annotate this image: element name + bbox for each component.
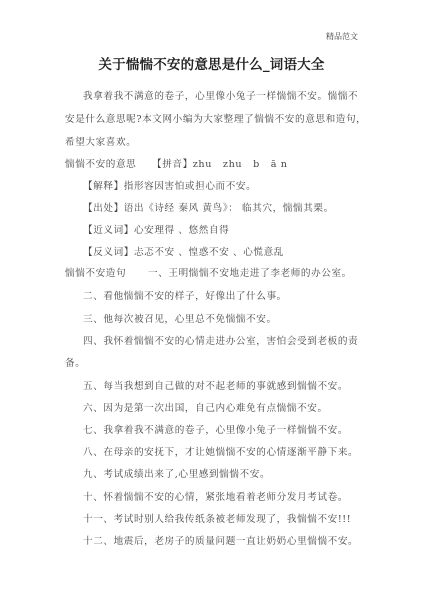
intro-line: 我拿着我不满意的卷子，心里像小兔子一样惴惴不安。惴惴不 [83, 88, 358, 102]
synonyms: 【近义词】心安理得 、悠然自得 [83, 222, 229, 236]
intro-line: 安是什么意思呢?本文网小编为大家整理了惴惴不安的意思和造句， [65, 111, 366, 125]
meaning-heading: 惴惴不安的意思 [65, 156, 136, 170]
sentence-item: 九、考试成绩出来了,心里感到惴惴不安。 [83, 466, 270, 480]
sentence-item: 七、我拿着我不满意的卷子，心里像小兔子一样惴惴不安。 [83, 422, 348, 436]
sentence-item: 十二、地震后，老房子的质量问题一直让奶奶心里惴惴不安。 [83, 533, 358, 547]
source: 【出处】语出《诗经 秦风 黄鸟》： 临其穴，惴惴其栗。 [83, 200, 334, 214]
sentence-item: 四、我怀着惴惴不安的心情走进办公室，害怕会受到老板的责 [83, 333, 358, 347]
intro-line: 希望大家喜欢。 [65, 134, 136, 148]
sentence-item: 十一、考试时别人给我传纸条被老师发现了，我惴惴不安!!! [83, 511, 351, 525]
antonyms: 【反义词】忐忑不安 、惶惑不安 、心慌意乱 [83, 244, 284, 258]
sentence-item: 一、王明惴惴不安地走进了李老师的办公室。 [148, 265, 352, 279]
sentences-heading: 惴惴不安造句 [65, 265, 126, 279]
sentence-item: 五、每当我想到自己做的对不起老师的事就感到惴惴不安。 [83, 378, 348, 392]
sentence-item: 三、他每次被召见，心里总不免惴惴不安。 [83, 311, 277, 325]
sentence-item: 八、在母亲的安抚下，才让她惴惴不安的心情逐渐平静下来。 [83, 444, 358, 458]
pinyin: 【拼音】zhu zhu b ā n [152, 156, 288, 170]
sentence-item: 十、怀着惴惴不安的心情，紧张地看着老师分发月考试卷。 [83, 489, 348, 503]
sentence-item: 六、因为是第一次出国，自己内心难免有点惴惴不安。 [83, 400, 328, 414]
explanation: 【解释】指形容因害怕或担心而不安。 [83, 178, 256, 192]
page-title: 关于惴惴不安的意思是什么_词语大全 [0, 53, 423, 73]
sentence-item: 二、看他惴惴不安的样子，好像出了什么事。 [83, 288, 287, 302]
header-label: 精品范文 [326, 31, 358, 42]
sentence-item: 备。 [65, 355, 85, 369]
